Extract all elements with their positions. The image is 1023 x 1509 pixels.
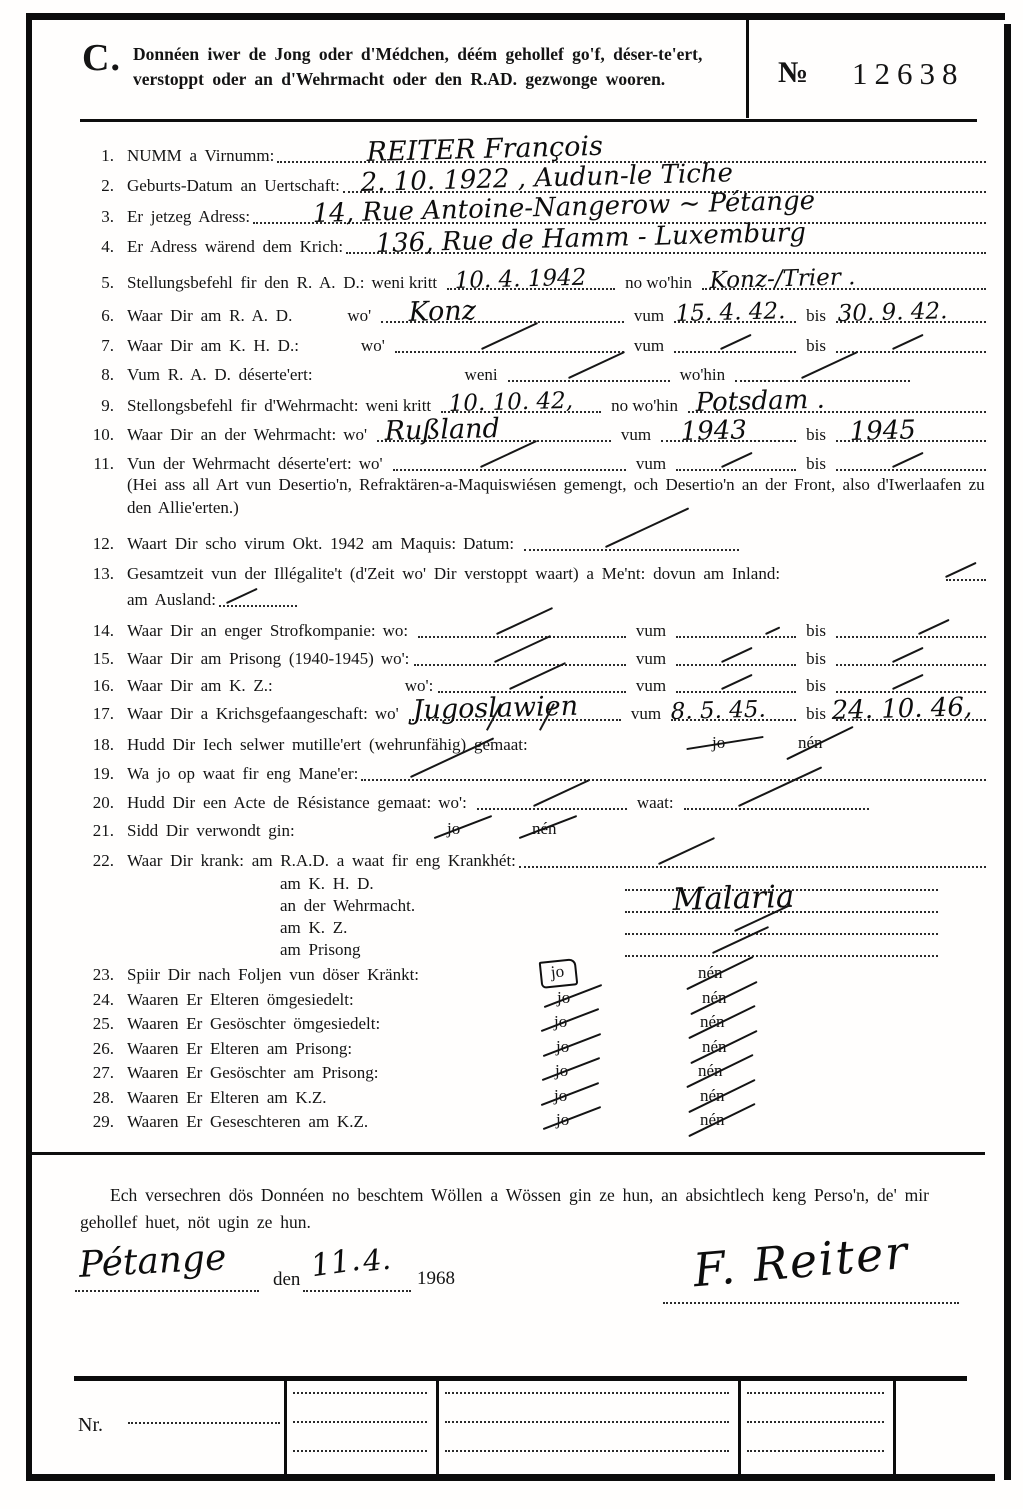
answer-line	[676, 683, 796, 693]
handwritten-answer: Jugoslawien	[412, 693, 578, 724]
slash-mark	[721, 451, 753, 468]
slash-mark	[892, 333, 924, 350]
form-row: 4. Er Adress wärend dem Krich: 136, Rue …	[84, 227, 989, 257]
question-number: 18.	[84, 735, 114, 755]
slash-mark	[765, 626, 781, 635]
table-divider	[738, 1379, 741, 1477]
jo-option: jo	[554, 1012, 567, 1032]
slash-mark	[721, 646, 753, 663]
nen-option: nén	[532, 819, 557, 839]
table-cell-line	[293, 1392, 427, 1394]
question-label: Vum R. A. D. déserte'ert:	[127, 365, 313, 385]
slash-mark	[721, 673, 753, 690]
form-row: 3. Er jetzeg Adress: 14, Rue Antoine-Nan…	[84, 196, 989, 227]
question-number: 28.	[84, 1088, 114, 1108]
table-divider	[436, 1379, 439, 1477]
table-cell-line	[747, 1392, 884, 1394]
question-label: Hudd Dir een Acte de Résistance gemaat:	[127, 793, 431, 813]
field-word-bis: bis	[799, 425, 833, 445]
question-number: 3.	[84, 207, 114, 227]
nen-option: nén	[700, 1086, 725, 1106]
answer-line	[625, 925, 938, 935]
question-number: 15.	[84, 649, 114, 669]
field-word-vum: vum	[614, 425, 658, 445]
handwritten-place: Pétange	[78, 1240, 227, 1284]
question-label: Waar Dir an der Wehrmacht:	[127, 425, 336, 445]
field-word-vum: vum	[627, 336, 671, 356]
handwritten-answer: Rußland	[384, 415, 500, 445]
question-label: Waaren Er Gesöschter am Prisong:	[127, 1063, 379, 1083]
form-row: 5. Stellungsbefehl fir den R. A. D.: wen…	[84, 257, 989, 293]
form-subrow: am K. H. D.	[84, 871, 989, 894]
field-word-weni-kritt: weni kritt	[359, 396, 439, 416]
answer-line	[946, 571, 986, 581]
strike-mark	[544, 983, 603, 1007]
question-number: 26.	[84, 1039, 114, 1059]
answer-line	[676, 628, 796, 638]
nr-label: Nr.	[78, 1414, 103, 1437]
field-word-vum: vum	[629, 649, 673, 669]
question-label: Stellongsbefehl fir d'Wehrmacht:	[127, 396, 359, 416]
question-number: 16.	[84, 676, 114, 696]
form-row: 12. Waart Dir scho virum Okt. 1942 am Ma…	[84, 521, 989, 554]
nen-option: nén	[700, 1012, 725, 1032]
slash-mark	[481, 322, 538, 350]
handwritten-answer: 15. 4. 42.	[676, 300, 786, 326]
answer-line: Konz-/Trier .	[702, 280, 986, 290]
question-label: Waar Dir an enger Strofkompanie:	[127, 621, 376, 641]
section-rule	[28, 1152, 985, 1155]
question-number: 10.	[84, 425, 114, 445]
answer-line: Rußland	[377, 432, 611, 442]
strike-mark	[542, 1057, 601, 1081]
answer-line	[684, 800, 869, 810]
table-cell-line	[445, 1450, 729, 1452]
question-number: 14.	[84, 621, 114, 641]
form-row: 20. Hudd Dir een Acte de Résistance gema…	[84, 784, 989, 813]
question-label: Waar Dir am R. A. D.	[127, 306, 292, 326]
field-word-bis: bis	[799, 454, 833, 474]
answer-line: 1943	[661, 432, 796, 442]
question-sublabel: am K. Z.	[280, 918, 347, 938]
answer-line	[418, 628, 626, 638]
date-line	[303, 1290, 411, 1292]
question-label: Sidd Dir verwondt gin:	[127, 821, 295, 841]
question-label: Waar Dir am Prisong (1940-1945)	[127, 649, 374, 669]
question-label: Waar Dir krank: am R.A.D. a waat fir eng…	[127, 851, 516, 871]
jo-option: jo	[557, 988, 570, 1008]
form-row: 17. Waar Dir a Krichsgefaangeschaft: wo'…	[84, 696, 989, 724]
jo-option: jo	[447, 819, 460, 839]
handwritten-answer: Konz	[408, 297, 476, 326]
answer-line: 15. 4. 42.	[674, 313, 796, 323]
jo-option: jo	[712, 733, 725, 753]
handwritten-answer: 8. 5. 45.	[671, 699, 767, 724]
question-label: Waaren Er Elteren am K.Z.	[127, 1088, 327, 1108]
answer-line	[676, 461, 796, 471]
answer-line: 10. 10. 42,	[441, 403, 601, 413]
questionnaire: 1. NUMM a Virnumm: REITER François 2. Ge…	[84, 136, 989, 1132]
form-row: 19. Wa jo op waat fir eng Mane'er:	[84, 755, 989, 784]
question-label: NUMM a Virnumm:	[127, 146, 274, 166]
date-year: 1968	[417, 1268, 455, 1290]
nen-option: nén	[702, 988, 727, 1008]
table-cell-line	[293, 1450, 427, 1452]
question-label: Waar Dir am K. Z.:	[127, 676, 273, 696]
slash-mark	[226, 587, 258, 604]
answer-line	[393, 461, 626, 471]
form-row: 13. Gesamtzeit vun der Illégalite't (d'Z…	[84, 554, 989, 584]
field-word-bis: bis	[799, 676, 833, 696]
form-row: 15. Waar Dir am Prisong (1940-1945) wo':…	[84, 641, 989, 669]
date-word-den: den	[273, 1269, 300, 1291]
strike-mark	[688, 1103, 756, 1138]
form-row: 2. Geburts-Datum an Uertschaft: 2. 10. 1…	[84, 166, 989, 196]
question-number: 20.	[84, 793, 114, 813]
nen-option: nén	[702, 1037, 727, 1057]
answer-line	[836, 628, 986, 638]
question-label: Waaren Er Elteren am Prisong:	[127, 1039, 352, 1059]
question-number: 24.	[84, 990, 114, 1010]
question-number: 7.	[84, 336, 114, 356]
form-row: 27. Waaren Er Gesöschter am Prisong: jo …	[84, 1059, 989, 1084]
table-divider	[284, 1379, 287, 1477]
section-letter: C.	[82, 36, 121, 80]
answer-line	[735, 372, 910, 382]
page-border-bottom	[26, 1474, 995, 1481]
form-number: 12638	[852, 56, 965, 92]
jo-option: jo	[555, 1061, 568, 1081]
question-number: 1.	[84, 146, 114, 166]
field-word-waat: waat:	[630, 793, 681, 813]
question-label: Waaren Er Geseschteren am K.Z.	[127, 1112, 368, 1132]
question-number: 4.	[84, 237, 114, 257]
field-word-vum: vum	[627, 306, 671, 326]
answer-line	[219, 597, 297, 607]
field-word-no-wohin: no wo'hin	[604, 396, 685, 416]
answer-line	[676, 656, 796, 666]
strike-mark	[543, 1032, 602, 1056]
nr-line	[128, 1422, 280, 1424]
slash-mark	[892, 673, 924, 690]
form-row: 9. Stellongsbefehl fir d'Wehrmacht: weni…	[84, 385, 989, 416]
field-word-wo: wo'	[352, 454, 390, 474]
page-border-left	[26, 13, 32, 1480]
nen-option: nén	[798, 733, 823, 753]
field-word-weni-kritt: weni kritt	[365, 273, 445, 293]
question-label: Waar Dir a Krichsgefaangeschaft:	[127, 704, 368, 724]
slash-mark	[945, 561, 977, 578]
handwritten-month: 4.	[362, 1245, 393, 1277]
slash-mark	[917, 618, 949, 635]
field-word-wo: wo':	[374, 649, 412, 669]
question-sublabel: am K. H. D.	[280, 874, 374, 894]
declaration-text: Ech versechren dös Donnéen no beschtem W…	[80, 1182, 986, 1236]
handwritten-answer: 10. 4. 1942	[455, 267, 587, 293]
field-word-wo: wo'	[368, 704, 406, 724]
table-border-top	[74, 1376, 967, 1381]
form-row: 1. NUMM a Virnumm: REITER François	[84, 136, 989, 166]
table-cell-line	[445, 1421, 729, 1423]
question-number: 23.	[84, 965, 114, 985]
answer-line: 8. 5. 45.	[671, 711, 796, 721]
form-row: 28. Waaren Er Elteren am K.Z. jo nén	[84, 1083, 989, 1108]
answer-line	[836, 656, 986, 666]
question-number: 13.	[84, 564, 114, 584]
table-cell-line	[445, 1392, 729, 1394]
question-number: 5.	[84, 273, 114, 293]
question-label: Waaren Er Elteren ömgesiedelt:	[127, 990, 354, 1010]
answer-line: 1945	[836, 432, 986, 442]
header-divider	[746, 16, 749, 118]
question-number: 9.	[84, 396, 114, 416]
answer-line	[395, 343, 624, 353]
question-number: 19.	[84, 764, 114, 784]
strike-mark	[541, 1008, 600, 1032]
form-row: 29. Waaren Er Geseschteren am K.Z. jo né…	[84, 1108, 989, 1133]
slash-mark	[658, 837, 715, 865]
handwritten-answer: REITER François	[367, 133, 604, 166]
handwritten-signature: F. Reiter	[691, 1229, 910, 1294]
jo-option: jo	[540, 960, 577, 987]
question-label: Hudd Dir Iech selwer mutille'ert (wehrun…	[127, 735, 528, 755]
question-sublabel: am Ausland:	[127, 590, 216, 610]
answer-line: Jugoslawien	[409, 711, 621, 721]
number-sign: №	[778, 56, 808, 90]
handwritten-day: 11.	[309, 1245, 362, 1283]
answer-line	[519, 858, 986, 868]
handwritten-answer: 10. 10. 42,	[449, 390, 574, 416]
form-row: am Ausland:	[84, 584, 989, 610]
form-row: 25. Waaren Er Gesöschter ömgesiedelt: jo…	[84, 1010, 989, 1035]
nen-option: nén	[700, 1110, 725, 1130]
question-label: Wa jo op waat fir eng Mane'er:	[127, 764, 358, 784]
strike-mark	[541, 1081, 600, 1105]
slash-mark	[496, 607, 553, 635]
question-sublabel: an der Wehrmacht.	[280, 896, 415, 916]
table-cell-line	[747, 1450, 884, 1452]
answer-line	[625, 947, 938, 957]
answer-line	[477, 800, 627, 810]
answer-line: Konz	[381, 313, 624, 323]
slash-mark	[892, 451, 924, 468]
field-word-no-wohin: no wo'hin	[618, 273, 699, 293]
answer-line: 10. 4. 1942	[447, 280, 615, 290]
question-label: Stellungsbefehl fir den R. A. D.:	[127, 273, 365, 293]
field-word-wo: wo'	[336, 425, 374, 445]
question-sublabel: am Prisong	[280, 940, 360, 960]
nen-option: nén	[698, 963, 723, 983]
handwritten-answer: 1943	[680, 417, 747, 445]
form-row: 24. Waaren Er Elteren ömgesiedelt: jo né…	[84, 985, 989, 1010]
strike-mark	[434, 815, 493, 839]
field-word-wo: wo':	[431, 793, 474, 813]
question-label: Gesamtzeit vun der Illégalite't (d'Zeit …	[127, 564, 943, 584]
table-cell-line	[747, 1421, 884, 1423]
field-word-wo: wo':	[398, 676, 436, 696]
field-word-bis: bis	[799, 306, 833, 326]
strike-mark	[543, 1106, 602, 1130]
form-description: Donnéen iwer de Jong oder d'Médchen, déé…	[133, 42, 733, 92]
field-word-vum: vum	[629, 454, 673, 474]
nen-option: nén	[698, 1061, 723, 1081]
answer-line	[836, 343, 986, 353]
form-subrow: am Prisong	[84, 938, 989, 960]
form-subrow: an der Wehrmacht. Malaria	[84, 894, 989, 916]
slash-mark	[720, 333, 752, 350]
field-word-wohin: wo'hin	[673, 365, 733, 385]
answer-line	[674, 343, 796, 353]
table-cell-line	[293, 1421, 427, 1423]
signature-block: Pétange den 11. 4. 1968 F. Reiter	[75, 1240, 985, 1330]
answer-line	[361, 771, 986, 781]
field-word-wo: wo'	[340, 306, 378, 326]
table-divider	[893, 1379, 896, 1477]
question-number: 6.	[84, 306, 114, 326]
field-word-datum: Datum:	[456, 534, 521, 554]
field-word-bis: bis	[799, 621, 833, 641]
handwritten-answer: Konz-/Trier .	[709, 266, 855, 293]
place-line	[75, 1290, 259, 1292]
answer-line: 24. 10. 46,	[836, 711, 986, 721]
handwritten-answer: 24. 10. 46,	[831, 694, 972, 724]
page-border-right	[1004, 24, 1011, 1480]
jo-option: jo	[554, 1086, 567, 1106]
form-row: 11. Vun der Wehrmacht déserte'ert: wo' v…	[84, 445, 989, 474]
field-word-vum: vum	[629, 676, 673, 696]
question-label: Er Adress wärend dem Krich:	[127, 237, 343, 257]
field-word-wo: wo:	[376, 621, 416, 641]
answer-line	[836, 461, 986, 471]
form-subrow: am K. Z.	[84, 916, 989, 938]
question-11-note: (Hei ass all Art vun Desertio'n, Refrakt…	[127, 474, 987, 521]
question-number: 27.	[84, 1063, 114, 1083]
handwritten-answer: 30. 9. 42.	[837, 300, 947, 326]
form-row: 23. Spiir Dir nach Foljen vun döser Krän…	[84, 960, 989, 985]
form-row: 18. Hudd Dir Iech selwer mutille'ert (we…	[84, 724, 989, 755]
question-label: Waar Dir am K. H. D.:	[127, 336, 299, 356]
question-number: 11.	[84, 454, 114, 474]
slash-mark	[892, 646, 924, 663]
scanned-form-page: C. Donnéen iwer de Jong oder d'Médchen, …	[0, 0, 1023, 1509]
jo-option: jo	[556, 1110, 569, 1130]
answer-line	[414, 656, 626, 666]
question-label: Geburts-Datum an Uertschaft:	[127, 176, 340, 196]
field-word-bis: bis	[799, 704, 833, 724]
field-word-vum: vum	[629, 621, 673, 641]
answer-line	[508, 372, 670, 382]
question-number: 21.	[84, 821, 114, 841]
field-word-bis: bis	[799, 336, 833, 356]
answer-line: 30. 9. 42.	[836, 313, 986, 323]
page-border-top	[30, 13, 1005, 20]
question-number: 8.	[84, 365, 114, 385]
form-row: 26. Waaren Er Elteren am Prisong: jo nén	[84, 1034, 989, 1059]
field-word-vum: vum	[624, 704, 668, 724]
answer-line	[836, 683, 986, 693]
question-number: 22.	[84, 851, 114, 871]
form-row: 21. Sidd Dir verwondt gin: jo nén	[84, 813, 989, 841]
form-row: 14. Waar Dir an enger Strofkompanie: wo:…	[84, 610, 989, 641]
question-label: Er jetzeg Adress:	[127, 207, 250, 227]
field-word-weni: weni	[458, 365, 505, 385]
answer-line: 136, Rue de Hamm - Luxemburg	[346, 244, 986, 254]
question-label: Vun der Wehrmacht déserte'ert:	[127, 454, 352, 474]
question-number: 2.	[84, 176, 114, 196]
field-word-bis: bis	[799, 649, 833, 669]
question-number: 29.	[84, 1112, 114, 1132]
signature-line	[663, 1302, 959, 1304]
field-word-wo: wo'	[354, 336, 392, 356]
jo-option: jo	[556, 1037, 569, 1057]
handwritten-answer: Potsdam .	[695, 387, 825, 416]
question-label: Spiir Dir nach Foljen vun döser Kränkt:	[127, 965, 419, 985]
question-label: Waart Dir scho virum Okt. 1942 am Maquis…	[127, 534, 456, 554]
question-label: Waaren Er Gesöschter ömgesiedelt:	[127, 1014, 380, 1034]
question-number: 17.	[84, 704, 114, 724]
question-number: 12.	[84, 534, 114, 554]
handwritten-answer: 1945	[849, 417, 916, 445]
answer-line: Potsdam .	[688, 403, 986, 413]
form-row: 22. Waar Dir krank: am R.A.D. a waat fir…	[84, 841, 989, 871]
answer-line	[524, 541, 739, 551]
question-number: 25.	[84, 1014, 114, 1034]
header-rule	[80, 119, 977, 122]
form-row: 8. Vum R. A. D. déserte'ert: weni wo'hin	[84, 356, 989, 385]
